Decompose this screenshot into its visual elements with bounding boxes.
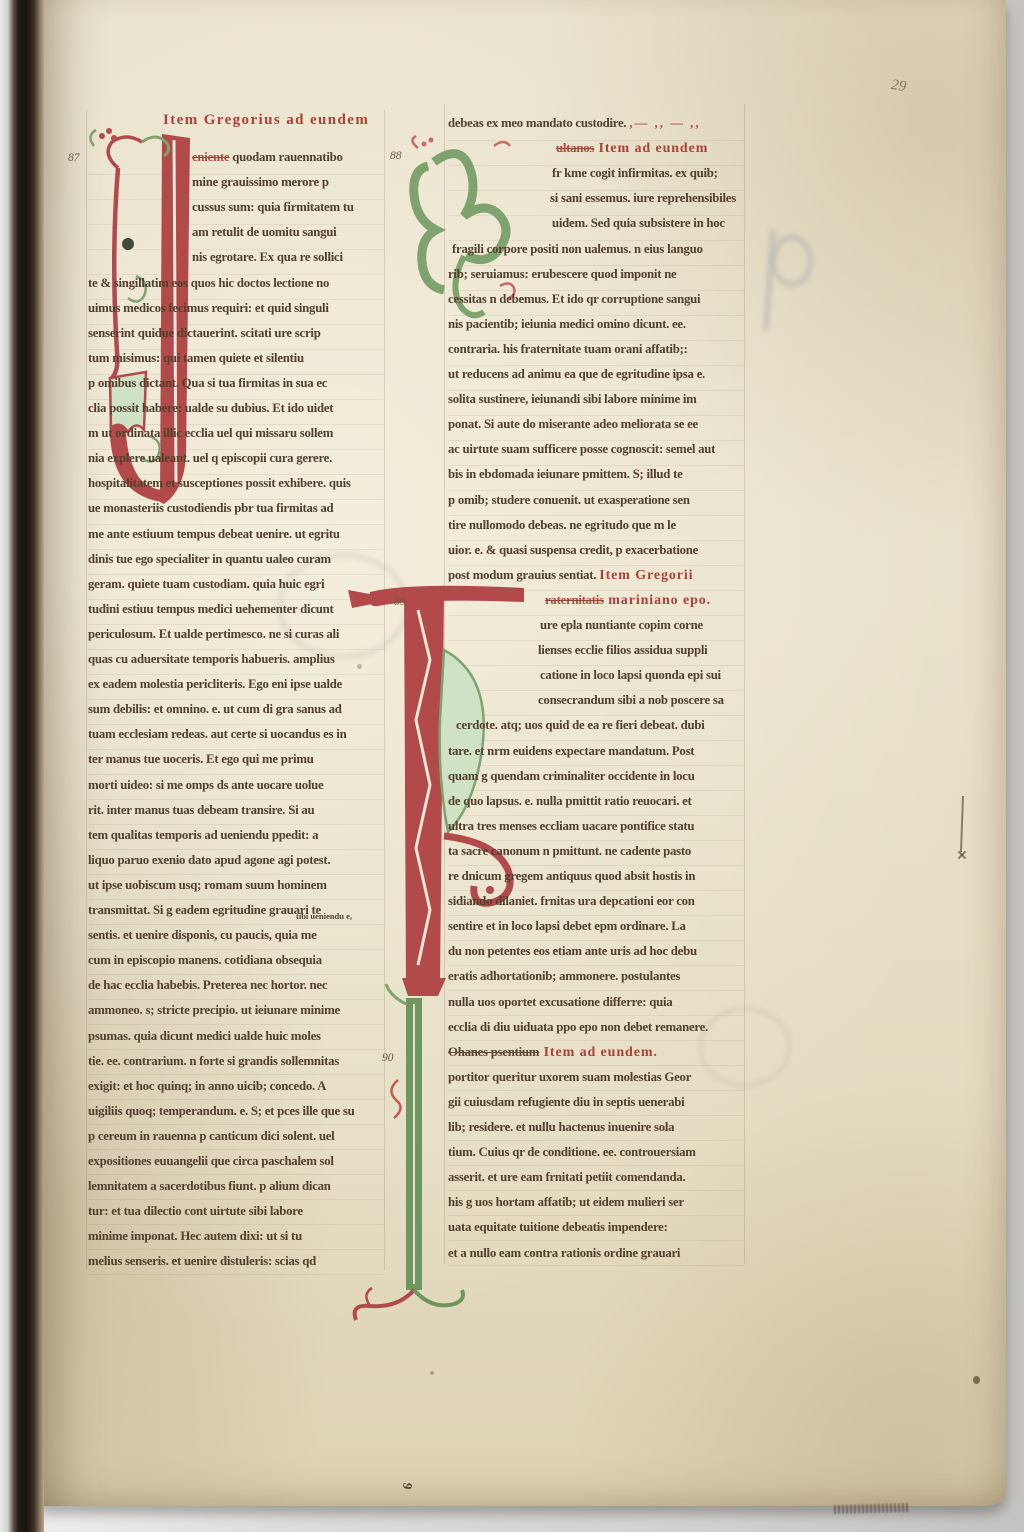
body-text: debeas ex meo mandato custodire. [448,116,629,130]
text-line: tie. ee. contrarium. n forte si grandis … [88,1054,339,1079]
text-line: lienses ecclie filios assidua suppli [538,643,707,668]
body-text: de quo lapsus. e. nulla pmittit ratio re… [448,794,692,808]
body-text: morti uideo: si me omps ds ante uocare u… [88,778,323,792]
rubric-text: Item ad eundem. [539,1045,658,1060]
text-line: sidiando dilaniet. frnitas ura depcation… [448,894,695,919]
body-text: ta sacre canonum n pmittunt. ne cadente … [448,844,691,858]
body-text: uigiliis quoq; temperandum. e. S; et pce… [88,1104,355,1118]
text-line: debeas ex meo mandato custodire. ,— ,, —… [448,116,701,141]
text-line: nis pacientib; ieiunia medici omino dicu… [448,317,686,342]
text-line: clia possit habere: ualde su dubius. Et … [88,401,333,426]
left-text-column: eniente quodam rauennatibomine grauissim… [88,150,388,1285]
struck-text: Ohanes psentium [448,1045,539,1059]
text-line: minime imponat. Hec autem dixi: ut si tu [88,1229,302,1254]
text-line: nia explere ualeant. uel q episcopii cur… [88,451,332,476]
body-text: lienses ecclie filios assidua suppli [538,643,707,657]
text-line: melius senseris. et uenire distuleris: s… [88,1254,316,1279]
text-line: rib; seruiamus: erubescere quod imponit … [448,267,677,292]
body-text: fragili corpore positi non ualemus. n ei… [452,242,703,256]
text-line: quas cu aduersitate temporis habueris. a… [88,652,335,677]
text-line: geram. quiete tuam custodiam. quia huic … [88,577,324,602]
body-text: ue monasteriis custodiendis pbr tua firm… [88,501,333,515]
text-line: tem qualitas temporis ad ueniendu ppedit… [88,828,318,853]
text-line: tare. et nrm euidens expectare mandatum.… [448,744,694,769]
text-line: portitor queritur uxorem suam molestias … [448,1070,691,1095]
body-text: solita sustinere, ieiunandi sibi labore … [448,392,697,406]
text-line: ure epla nuntiante copim corne [540,618,703,643]
text-line: nulla uos oportet excusatione differre: … [448,995,672,1020]
body-text: ultra tres menses eccliam uacare pontifi… [448,819,694,833]
text-line: ex eadem molestia pericliteris. Ego eni … [88,677,342,702]
text-line: du non petentes eos etiam ante uris ad h… [448,944,697,969]
text-line: uigiliis quoq; temperandum. e. S; et pce… [88,1104,355,1129]
text-line: bis in ebdomada ieiunare pmittem. S; ill… [448,467,683,492]
manuscript-photo: Item Gregorius ad eundem tibi ueniendu e… [0,0,1024,1532]
text-line: nis egrotare. Ex qua re sollici [192,250,343,275]
text-line: ecclia di diu uiduata ppo epo non debet … [448,1020,708,1045]
body-text: sentire et in loco lapsi debet epm ordin… [448,919,686,933]
body-text: exigit: et hoc quinq; in anno uicib; con… [88,1079,326,1093]
body-text: ut reducens ad animu ea que de egritudin… [448,367,705,381]
body-text: sum debilis: et omnino. e. ut cum di gra… [88,702,342,716]
text-line: post modum grauius sentiat. Item Gregori… [448,568,693,593]
fox-spot [430,1371,434,1375]
body-text: expositiones euuangelii que circa pascha… [88,1154,334,1168]
body-text: fr kme cogit infirmitas. ex quib; [552,166,718,180]
body-text: rit. inter manus tuas debeam transire. S… [88,803,314,817]
text-line: his g uos hortam affatib; ut eidem mulie… [448,1195,684,1220]
text-line: consecrandum sibi a nob poscere sa [538,693,724,718]
text-line: tium. Cuius qr de conditione. ee. contro… [448,1145,696,1170]
struck-guide-word: raternitatis [545,593,604,607]
text-line: morti uideo: si me omps ds ante uocare u… [88,778,323,803]
body-text: transmittat. Si g eadem egritudine graua… [88,903,321,917]
body-text: quas cu aduersitate temporis habueris. a… [88,652,335,666]
body-text: uidem. Sed quia subsistere in hoc [552,216,725,230]
margin-pen-mark [955,796,969,868]
body-text: tum misimus: qui tamen quiete et silenti… [88,351,304,365]
text-line: m ut ordinata illic ecclia uel qui missa… [88,426,333,451]
text-line: et a nullo eam contra rationis ordine gr… [448,1246,680,1271]
body-text: dinis tue ego specialiter in quantu uale… [88,552,331,566]
body-text: hospitalitatem et susceptiones possit ex… [88,476,351,490]
text-line: rit. inter manus tuas debeam transire. S… [88,803,314,828]
text-line: ultanos Item ad eundem [556,141,708,166]
text-line: ut ipse uobiscum usq; romam suum hominem [88,878,327,903]
body-text: asserit. et ure eam frnitati petiit come… [448,1170,686,1184]
text-line: fr kme cogit infirmitas. ex quib; [552,166,718,191]
body-text: ure epla nuntiante copim corne [540,618,703,632]
body-text: te & singillatim eos quos hic doctos lec… [88,276,329,290]
text-line: lemnitatem a sacerdotibus fiunt. p alium… [88,1179,331,1204]
body-text: gii cuiusdam refugiente diu in septis ue… [448,1095,684,1109]
text-line: sentire et in loco lapsi debet epm ordin… [448,919,686,944]
body-text: consecrandum sibi a nob poscere sa [538,693,724,707]
body-text: minime imponat. Hec autem dixi: ut si tu [88,1229,302,1243]
body-text: ac uirtute suam sufficere posse cognosci… [448,442,715,456]
text-line: cussus sum: quia firmitatem tu [192,200,354,225]
text-line: cessitas n debemus. Et ido qr corruption… [448,292,700,317]
text-line: transmittat. Si g eadem egritudine graua… [88,903,321,928]
body-text: mine grauissimo merore p [192,175,329,189]
body-text: melius senseris. et uenire distuleris: s… [88,1254,316,1268]
body-text: si sani essemus. iure reprehensibiles [550,191,736,205]
body-text: m ut ordinata illic ecclia uel qui missa… [88,426,333,440]
body-text: rib; seruiamus: erubescere quod imponit … [448,267,677,281]
body-text: sentis. et uenire disponis, cu paucis, q… [88,928,317,942]
body-text: ammoneo. s; stricte precipio. ut ieiunar… [88,1003,340,1017]
text-line: ter manus tue uoceris. Et ego qui me pri… [88,752,314,777]
body-text: tudini estiuu tempus medici uehementer d… [88,602,334,616]
body-text: clia possit habere: ualde su dubius. Et … [88,401,333,415]
text-line: gii cuiusdam refugiente diu in septis ue… [448,1095,684,1120]
body-text: uimus medicos fecimus requiri: et quid s… [88,301,329,315]
text-line: exigit: et hoc quinq; in anno uicib; con… [88,1079,326,1104]
body-text: catione in loco lapsi quonda epi sui [540,668,721,682]
text-line: ta sacre canonum n pmittunt. ne cadente … [448,844,691,869]
text-line: psumas. quia dicunt medici ualde huic mo… [88,1029,321,1054]
margin-letter-number-88: 88 [390,150,402,162]
struck-guide-word: ultanos [556,141,594,155]
text-line: ut reducens ad animu ea que de egritudin… [448,367,705,392]
text-line: catione in loco lapsi quonda epi sui [540,668,721,693]
fox-spot [973,1376,980,1384]
text-line: hospitalitatem et susceptiones possit ex… [88,476,351,501]
text-line: cum in episcopio manens. cotidiana obseq… [88,953,322,978]
text-line: sum debilis: et omnino. e. ut cum di gra… [88,702,342,727]
body-text: uior. e. & quasi suspensa credit, p exac… [448,543,698,557]
body-text: contraria. his fraternitate tuam orani a… [448,342,688,356]
body-text: ecclia di diu uiduata ppo epo non debet … [448,1020,708,1034]
body-text: post modum grauius sentiat. [448,568,599,582]
line-filler-flourish: ,— ,, — ,, [629,116,700,130]
text-line: tire nullomodo debeas. ne egritudo que m… [448,518,676,543]
margin-letter-number-87: 87 [68,152,80,164]
text-line: p omib; studere conuenit. ut exasperatio… [448,493,690,518]
body-text: eratis adhortationib; ammonere. postulan… [448,969,680,983]
rubric-text: Item ad eundem [594,141,708,156]
body-text: geram. quiete tuam custodiam. quia huic … [88,577,324,591]
body-text: bis in ebdomada ieiunare pmittem. S; ill… [448,467,683,481]
rubric-text: mariniano epo. [604,593,711,608]
body-text: periculosum. Et ualde pertimesco. ne si … [88,627,339,641]
text-line: expositiones euuangelii que circa pascha… [88,1154,334,1179]
body-text: ex eadem molestia pericliteris. Ego eni … [88,677,342,691]
text-line: p omibus dictant. Qua si tua firmitas in… [88,376,327,401]
body-text: liquo paruo exenio dato apud agone agi p… [88,853,330,867]
text-line: sentis. et uenire disponis, cu paucis, q… [88,928,317,953]
text-line: periculosum. Et ualde pertimesco. ne si … [88,627,339,652]
body-text: tur: et tua dilectio cont uirtute sibi l… [88,1204,303,1218]
body-text: de hac ecclia habebis. Preterea nec hort… [88,978,327,992]
body-text: tium. Cuius qr de conditione. ee. contro… [448,1145,696,1159]
text-line: quam g quendam criminaliter occidente in… [448,769,695,794]
quire-mark: 9 [399,1482,416,1491]
text-line: liquo paruo exenio dato apud agone agi p… [88,853,330,878]
body-text: cerdote. atq; uos quid de ea re fieri de… [456,718,705,732]
body-text: quodam rauennatibo [229,150,342,164]
text-line: contraria. his fraternitate tuam orani a… [448,342,688,367]
text-line: solita sustinere, ieiunandi sibi labore … [448,392,697,417]
library-stamp [834,1503,910,1514]
text-line: tum misimus: qui tamen quiete et silenti… [88,351,304,376]
rubric-heading-item-gregorius: Item Gregorius ad eundem [163,112,369,129]
text-line: tuam ecclesiam redeas. aut certe si uoca… [88,727,346,752]
body-text: tuam ecclesiam redeas. aut certe si uoca… [88,727,346,741]
text-line: senserint quidue dictauerint. scitati ur… [88,326,321,351]
body-text: p omib; studere conuenit. ut exasperatio… [448,493,690,507]
body-text: ponat. Si aute do miserante adeo meliora… [448,417,698,431]
text-line: de quo lapsus. e. nulla pmittit ratio re… [448,794,692,819]
body-text: am retulit de uomitu sangui [192,225,336,239]
text-line: uimus medicos fecimus requiri: et quid s… [88,301,329,326]
text-line: tudini estiuu tempus medici uehementer d… [88,602,334,627]
body-text: lemnitatem a sacerdotibus fiunt. p alium… [88,1179,331,1193]
text-line: raternitatis mariniano epo. [545,593,711,618]
text-line: p cereum in rauenna p canticum dici sole… [88,1129,334,1154]
text-line: am retulit de uomitu sangui [192,225,336,250]
text-line: mine grauissimo merore p [192,175,329,200]
body-text: portitor queritur uxorem suam molestias … [448,1070,691,1084]
text-line: lib; residere. et nullu hactenus inuenir… [448,1120,674,1145]
body-text: ut ipse uobiscum usq; romam suum hominem [88,878,327,892]
text-line: ponat. Si aute do miserante adeo meliora… [448,417,698,442]
body-text: cessitas n debemus. Et ido qr corruption… [448,292,700,306]
body-text: re dnicum gregem antiquus quod absit hos… [448,869,695,883]
text-line: ue monasteriis custodiendis pbr tua firm… [88,501,333,526]
text-line: Ohanes psentium Item ad eundem. [448,1045,658,1070]
text-line: cerdote. atq; uos quid de ea re fieri de… [456,718,705,743]
body-text: tie. ee. contrarium. n forte si grandis … [88,1054,339,1068]
body-text: tare. et nrm euidens expectare mandatum.… [448,744,694,758]
body-text: uata equitate tuitione debeatis impender… [448,1220,668,1234]
text-line: uidem. Sed quia subsistere in hoc [552,216,725,241]
body-text: his g uos hortam affatib; ut eidem mulie… [448,1195,684,1209]
body-text: p omibus dictant. Qua si tua firmitas in… [88,376,327,390]
body-text: quam g quendam criminaliter occidente in… [448,769,695,783]
text-line: uata equitate tuitione debeatis impender… [448,1220,668,1245]
text-line: si sani essemus. iure reprehensibiles [550,191,736,216]
body-text: senserint quidue dictauerint. scitati ur… [88,326,321,340]
body-text: tire nullomodo debeas. ne egritudo que m… [448,518,676,532]
body-text: me ante estiuum tempus debeat uenire. ut… [88,527,340,541]
text-line: eratis adhortationib; ammonere. postulan… [448,969,680,994]
text-line: ammoneo. s; stricte precipio. ut ieiunar… [88,1003,340,1028]
text-line: tur: et tua dilectio cont uirtute sibi l… [88,1204,303,1229]
body-text: cum in episcopio manens. cotidiana obseq… [88,953,322,967]
ink-showthrough [760,230,814,334]
text-line: de hac ecclia habebis. Preterea nec hort… [88,978,327,1003]
text-line: uior. e. & quasi suspensa credit, p exac… [448,543,698,568]
struck-guide-word: eniente [192,150,229,164]
margin-letter-number-89: 89 [394,596,406,608]
body-text: tem qualitas temporis ad ueniendu ppedit… [88,828,318,842]
body-text: psumas. quia dicunt medici ualde huic mo… [88,1029,321,1043]
text-line: ac uirtute suam sufficere posse cognosci… [448,442,715,467]
text-line: fragili corpore positi non ualemus. n ei… [452,242,703,267]
text-line: eniente quodam rauennatibo [192,150,343,175]
body-text: nulla uos oportet excusatione differre: … [448,995,672,1009]
text-line: dinis tue ego specialiter in quantu uale… [88,552,331,577]
right-text-column: debeas ex meo mandato custodire. ,— ,, —… [448,116,748,1276]
rubric-text: Item Gregorii [599,568,693,583]
text-line: re dnicum gregem antiquus quod absit hos… [448,869,695,894]
body-text: nis egrotare. Ex qua re sollici [192,250,343,264]
body-text: cussus sum: quia firmitatem tu [192,200,354,214]
folio-number: 29 [890,77,907,96]
text-line: asserit. et ure eam frnitati petiit come… [448,1170,686,1195]
book-gutter-edge [0,0,44,1532]
body-text: p cereum in rauenna p canticum dici sole… [88,1129,334,1143]
body-text: lib; residere. et nullu hactenus inuenir… [448,1120,674,1134]
body-text: et a nullo eam contra rationis ordine gr… [448,1246,680,1260]
body-text: sidiando dilaniet. frnitas ura depcation… [448,894,695,908]
body-text: nis pacientib; ieiunia medici omino dicu… [448,317,686,331]
body-text: du non petentes eos etiam ante uris ad h… [448,944,697,958]
text-line: ultra tres menses eccliam uacare pontifi… [448,819,694,844]
text-line: me ante estiuum tempus debeat uenire. ut… [88,527,340,552]
text-line: te & singillatim eos quos hic doctos lec… [88,276,329,301]
body-text: nia explere ualeant. uel q episcopii cur… [88,451,332,465]
body-text: ter manus tue uoceris. Et ego qui me pri… [88,752,314,766]
